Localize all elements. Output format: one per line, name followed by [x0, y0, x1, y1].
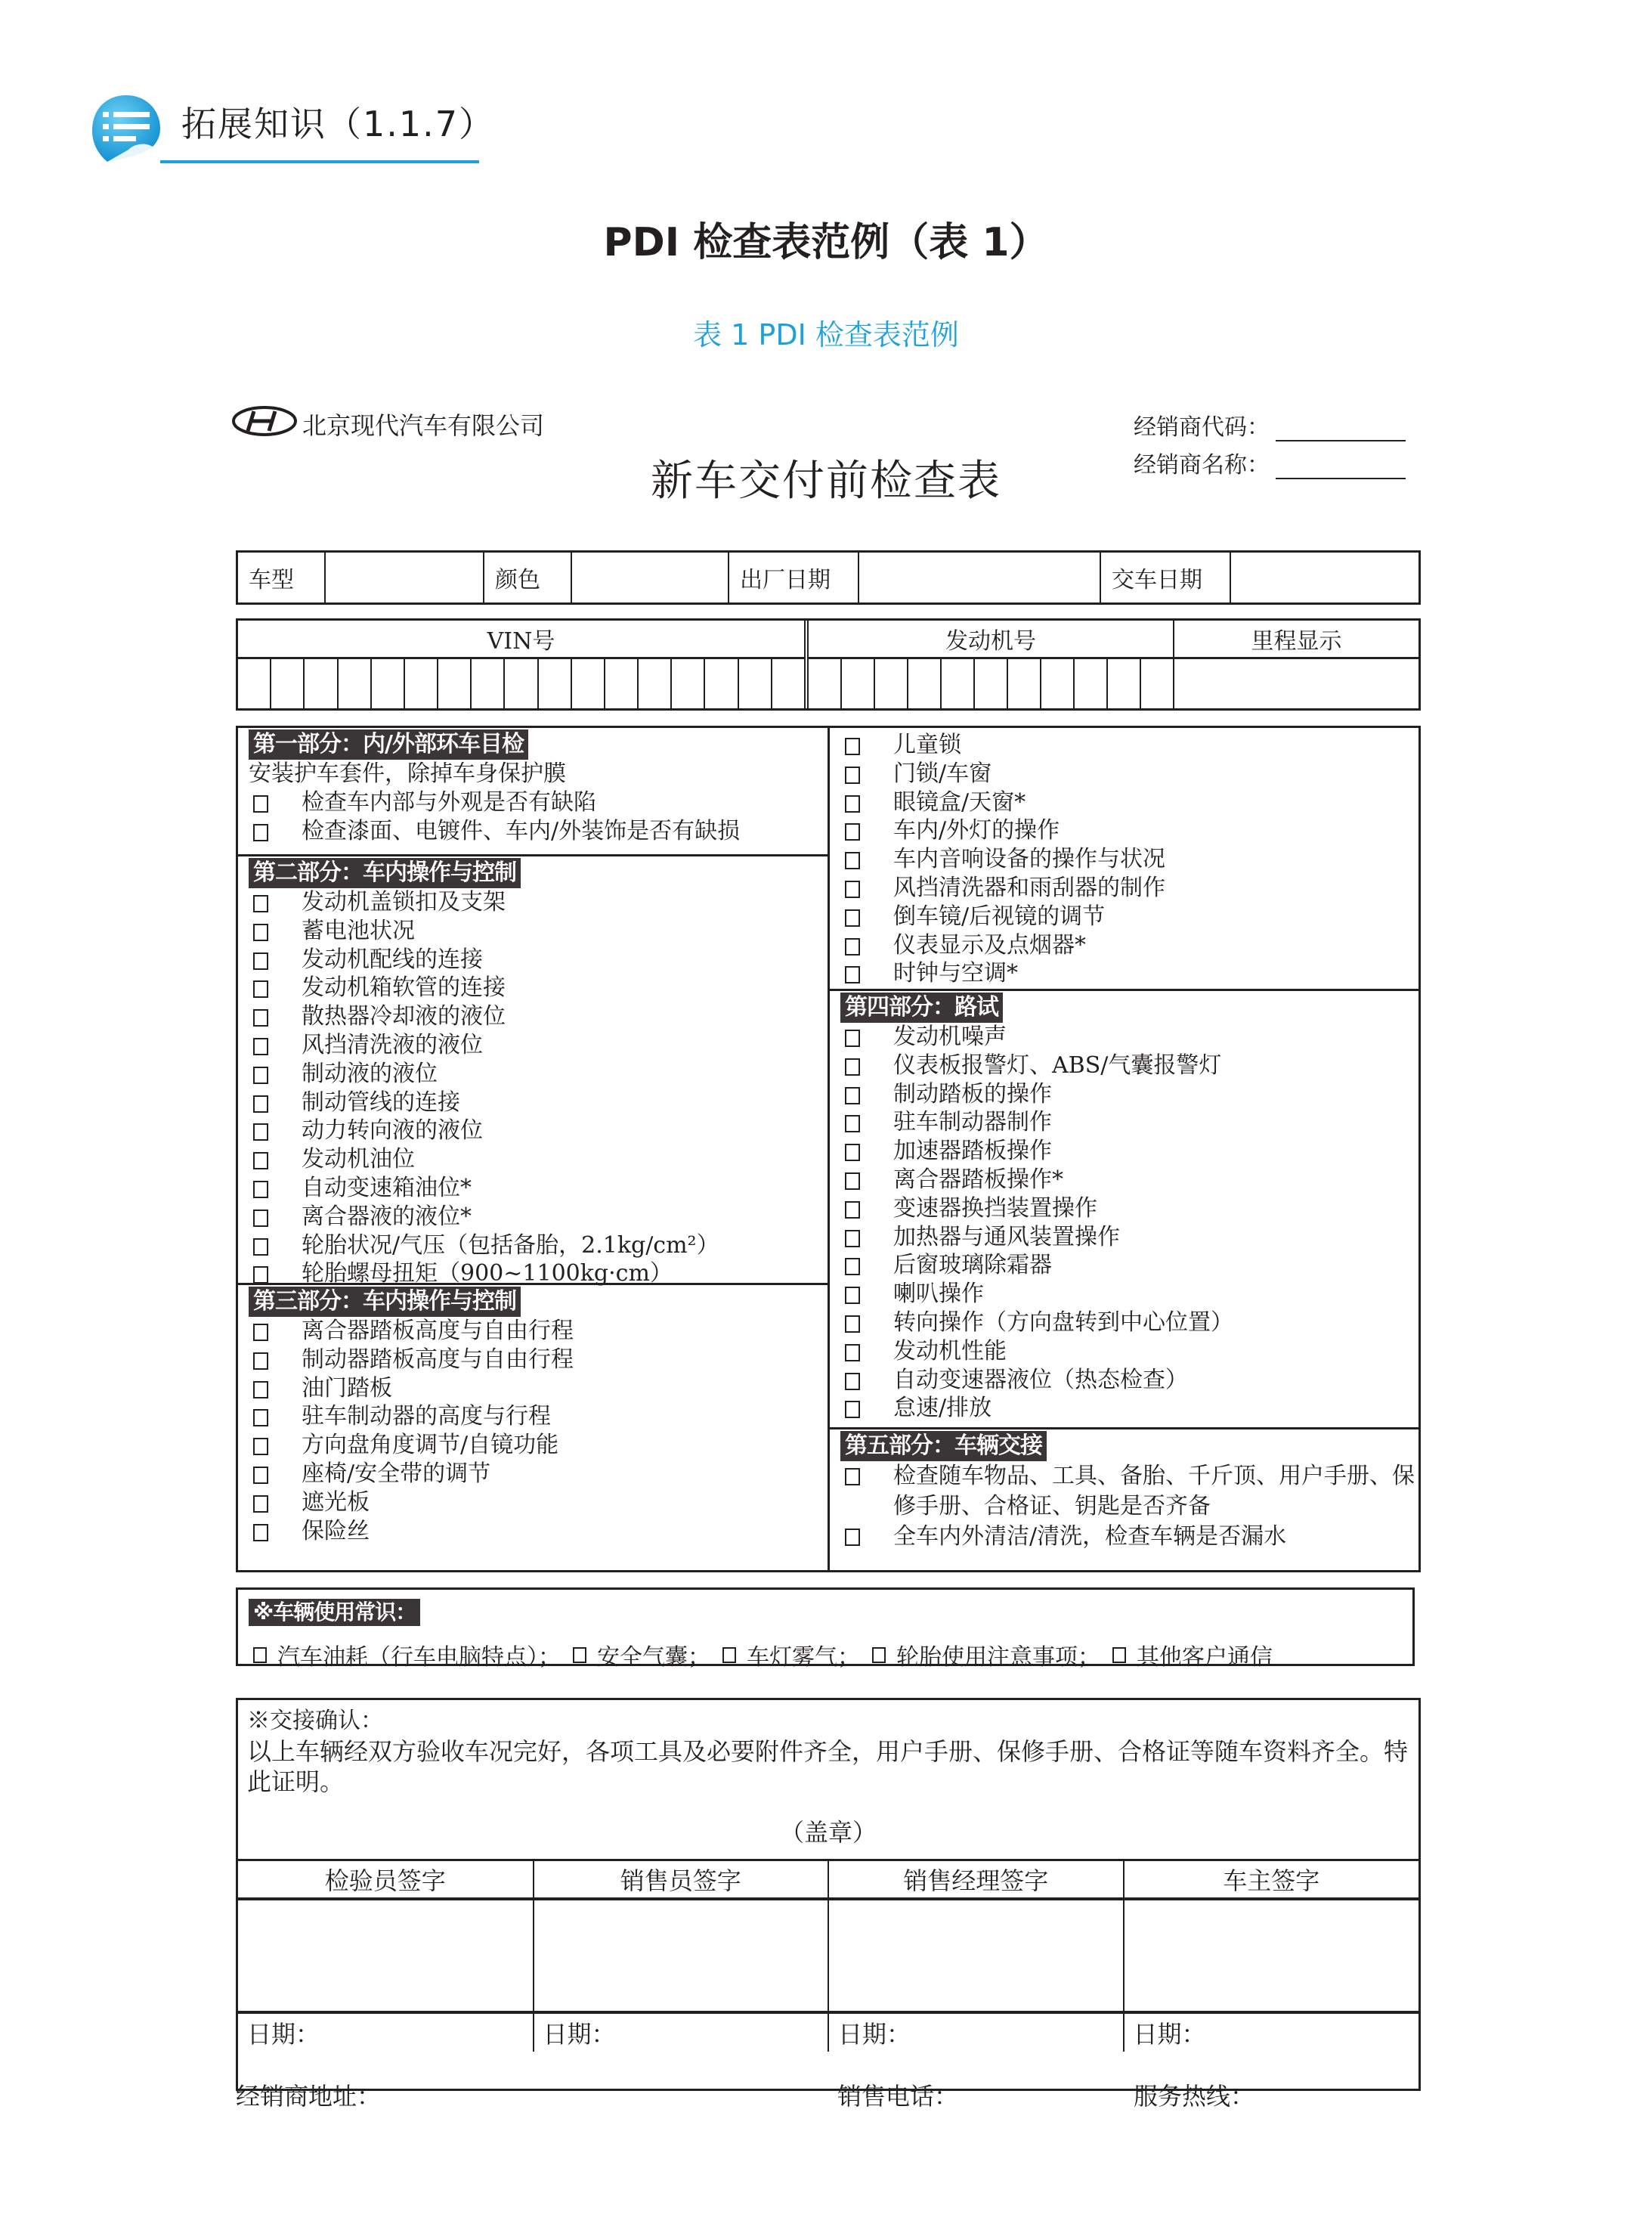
checkbox[interactable]	[845, 1258, 860, 1275]
checklist-item-label: 检查随车物品、工具、备胎、千斤顶、用户手册、保修手册、合格证、钥匙是否齐备	[893, 1461, 1418, 1522]
checklist-item: 轮胎状况/气压（包括备胎，2.1kg/cm²）	[249, 1231, 828, 1260]
checkbox[interactable]	[253, 1467, 268, 1484]
checkbox[interactable]	[845, 1230, 860, 1247]
checklist-item: 检查漆面、电镀件、车内/外装饰是否有缺损	[249, 817, 828, 846]
mileage-input[interactable]	[1174, 659, 1418, 708]
checkbox[interactable]	[253, 1495, 268, 1513]
checklist-item: 发动机噪声	[840, 1023, 1418, 1052]
checklist-item: 驻车制动器的高度与行程	[249, 1402, 828, 1431]
checklist-item-label: 喇叭操作	[893, 1280, 984, 1309]
checklist-item: 检查车内部与外观是否有缺陷	[249, 788, 828, 817]
checklist-item-label: 制动管线的连接	[302, 1089, 460, 1117]
checklist-item-label: 后窗玻璃除霜器	[893, 1251, 1052, 1280]
color-input[interactable]	[571, 552, 729, 604]
signature-date[interactable]: 日期：	[534, 2012, 829, 2052]
checkbox[interactable]	[253, 1009, 268, 1027]
checkbox[interactable]	[845, 881, 860, 898]
checklist-item-label: 座椅/安全带的调节	[302, 1460, 490, 1488]
vin-digit-cell[interactable]	[672, 659, 705, 708]
checklist-item-label: 全车内外清洁/清洗，检查车辆是否漏水	[893, 1522, 1286, 1552]
checkbox[interactable]	[1112, 1647, 1126, 1663]
item-list: 离合器踏板高度与自由行程制动器踏板高度与自由行程油门踏板驻车制动器的高度与行程方…	[249, 1317, 828, 1545]
checklist-item: 倒车镜/后视镜的调节	[840, 903, 1418, 931]
checkbox[interactable]	[845, 1172, 860, 1190]
vin-digit-cell[interactable]	[271, 659, 305, 708]
brand-name: 北京现代汽车有限公司	[302, 407, 544, 441]
vin-label: VIN号	[238, 621, 804, 659]
checklist-item-label: 眼镜盒/天窗*	[893, 788, 1026, 817]
checklist-item-label: 发动机油位	[302, 1145, 415, 1174]
signature-table: 检验员签字 销售员签字 销售经理签字 车主签字 日期： 日期： 日期： 日期：	[238, 1859, 1418, 2052]
engine-digit-cell[interactable]	[1108, 659, 1141, 708]
checklist-item-label: 驻车制动器的高度与行程	[302, 1402, 551, 1431]
model-input[interactable]	[325, 552, 484, 604]
engine-digit-cell[interactable]	[975, 659, 1008, 708]
checkbox[interactable]	[253, 1647, 267, 1663]
checklist-item-label: 仪表板报警灯、ABS/气囊报警灯	[893, 1052, 1221, 1080]
usage-tips-heading: ※车辆使用常识：	[249, 1599, 420, 1626]
item-list: 检查车内部与外观是否有缺陷检查漆面、电镀件、车内/外装饰是否有缺损	[249, 788, 828, 846]
hyundai-logo-icon	[231, 405, 302, 443]
checklist-item: 风挡清洗液的液位	[249, 1031, 828, 1060]
checklist-item: 全车内外清洁/清洗，检查车辆是否漏水	[840, 1522, 1418, 1552]
vin-digit-cell[interactable]	[339, 659, 372, 708]
checklist-item: 发动机盖锁扣及支架	[249, 888, 828, 917]
checklist-item: 儿童锁	[840, 731, 1418, 760]
checkbox[interactable]	[845, 738, 860, 755]
section-heading: 第三部分：车内操作与控制	[249, 1287, 521, 1317]
checkbox[interactable]	[253, 895, 268, 912]
table-caption: 表 1 PDI 检查表范例	[0, 311, 1652, 353]
checklist-item-label: 风挡清洗器和雨刮器的制作	[893, 874, 1165, 903]
vin-digit-cell[interactable]	[505, 659, 538, 708]
usage-tip-label: 安全气囊；	[597, 1638, 710, 1671]
checklist-item: 加速器踏板操作	[840, 1137, 1418, 1166]
checkbox[interactable]	[253, 1266, 268, 1284]
checkbox[interactable]	[845, 1529, 860, 1546]
checklist-item-label: 怠速/排放	[893, 1394, 992, 1423]
checklist-item-label: 保险丝	[302, 1517, 370, 1546]
section-part1: 第一部分：内/外部环车目检 安装护车套件，除掉车身保护膜 检查车内部与外观是否有…	[238, 728, 828, 854]
checklist-item-label: 方向盘角度调节/自镜功能	[302, 1431, 558, 1460]
checkbox[interactable]	[253, 1095, 268, 1113]
vin-digit-cell[interactable]	[605, 659, 639, 708]
checklist-item-label: 动力转向液的液位	[302, 1117, 483, 1145]
confirmation-label: ※交接确认：	[247, 1706, 1418, 1736]
checklist-item-label: 散热器冷却液的液位	[302, 1002, 506, 1031]
checklist-item-label: 蓄电池状况	[302, 917, 415, 946]
signature-date[interactable]: 日期：	[1124, 2012, 1419, 2052]
vin-column: VIN号	[238, 621, 809, 708]
checkbox[interactable]	[845, 938, 860, 956]
checklist-item: 驻车制动器制作	[840, 1108, 1418, 1137]
checkbox[interactable]	[253, 1438, 268, 1455]
checklist-item: 制动液的液位	[249, 1060, 828, 1089]
checkbox[interactable]	[253, 1324, 268, 1341]
section-part3: 第三部分：车内操作与控制 离合器踏板高度与自由行程制动器踏板高度与自由行程油门踏…	[238, 1283, 828, 1545]
section-heading: 第四部分：路试	[840, 993, 1003, 1023]
engine-digit-cell[interactable]	[875, 659, 908, 708]
delivery-date-label: 交车日期	[1100, 552, 1230, 604]
checklist-item-label: 自动变速箱油位*	[302, 1174, 472, 1203]
usage-tip-option: 轮胎使用注意事项；	[868, 1638, 1100, 1671]
checkbox[interactable]	[253, 1123, 268, 1141]
checklist-item: 制动管线的连接	[249, 1089, 828, 1117]
vin-digit-cell[interactable]	[739, 659, 772, 708]
vin-digit-cell[interactable]	[372, 659, 405, 708]
checklist-item: 后窗玻璃除霜器	[840, 1251, 1418, 1280]
usage-tip-option: 其他客户通信	[1108, 1638, 1273, 1671]
checklist-item-label: 门锁/车窗	[893, 760, 992, 788]
usage-tips-box: ※车辆使用常识： 汽车油耗（行车电脑特点）；安全气囊；车灯雾气；轮胎使用注意事项…	[236, 1587, 1415, 1666]
checkbox[interactable]	[573, 1647, 586, 1663]
engine-digit-cell[interactable]	[1075, 659, 1108, 708]
checklist-item: 门锁/车窗	[840, 760, 1418, 788]
usage-tips-options: 汽车油耗（行车电脑特点）；安全气囊；车灯雾气；轮胎使用注意事项；其他客户通信	[249, 1638, 1412, 1671]
checklist-item: 离合器踏板高度与自由行程	[249, 1317, 828, 1346]
checklist-item: 时钟与空调*	[840, 959, 1418, 988]
checklist-item-label: 制动踏板的操作	[893, 1080, 1052, 1109]
sales-manager-signature-field[interactable]	[828, 1899, 1124, 2012]
checklist-item-label: 车内音响设备的操作与状况	[893, 845, 1165, 874]
brand: 北京现代汽车有限公司	[231, 405, 544, 443]
checklist-item-label: 儿童锁	[893, 731, 961, 760]
confirmation-text: ※交接确认： 以上车辆经双方验收车况完好，各项工具及必要附件齐全，用户手册、保修…	[238, 1700, 1418, 1859]
checkbox[interactable]	[253, 1524, 268, 1541]
checkbox[interactable]	[253, 1181, 268, 1198]
checklist-item: 怠速/排放	[840, 1394, 1418, 1423]
checklist-item: 散热器冷却液的液位	[249, 1002, 828, 1031]
checklist-item: 座椅/安全带的调节	[249, 1460, 828, 1488]
checklist-item-label: 车内/外灯的操作	[893, 816, 1060, 845]
checklist-item-label: 发动机性能	[893, 1337, 1007, 1366]
page-title: PDI 检查表范例（表 1）	[0, 210, 1652, 267]
section-part5: 第五部分：车辆交接 检查随车物品、工具、备胎、千斤顶、用户手册、保修手册、合格证…	[830, 1427, 1418, 1552]
checkbox[interactable]	[253, 952, 268, 970]
checkbox[interactable]	[845, 966, 860, 983]
checklist-item: 制动踏板的操作	[840, 1080, 1418, 1109]
section-part4: 第四部分：路试 发动机噪声仪表板报警灯、ABS/气囊报警灯制动踏板的操作驻车制动…	[830, 989, 1418, 1427]
checklist-item: 仪表板报警灯、ABS/气囊报警灯	[840, 1052, 1418, 1080]
dealer-code-field[interactable]: 经销商代码：	[1134, 408, 1406, 441]
vin-digit-cell[interactable]	[639, 659, 672, 708]
checklist-item-label: 离合器液的液位*	[302, 1203, 472, 1231]
checklist-item: 方向盘角度调节/自镜功能	[249, 1431, 828, 1460]
owner-signature-field[interactable]	[1124, 1899, 1419, 2012]
checklist-item-label: 离合器踏板高度与自由行程	[302, 1317, 574, 1346]
stamp-placeholder: （盖章）	[238, 1814, 1418, 1848]
checklist-item-label: 轮胎状况/气压（包括备胎，2.1kg/cm²）	[302, 1231, 719, 1260]
delivery-date-input[interactable]	[1230, 552, 1420, 604]
checklist-item: 车内音响设备的操作与状况	[840, 845, 1418, 874]
checkbox[interactable]	[253, 924, 268, 941]
checkbox[interactable]	[845, 767, 860, 784]
checklist-item-label: 自动变速器液位（热态检查）	[893, 1366, 1188, 1395]
checklist-item: 发动机配线的连接	[249, 946, 828, 974]
checklist-item: 加热器与通风装置操作	[840, 1223, 1418, 1252]
usage-tip-option: 车灯雾气；	[718, 1638, 860, 1671]
checklist-item-label: 变速器换挡装置操作	[893, 1194, 1097, 1223]
vin-digit-cell[interactable]	[705, 659, 738, 708]
checklist-item: 离合器踏板操作*	[840, 1166, 1418, 1194]
vin-digit-cell[interactable]	[572, 659, 605, 708]
checkbox[interactable]	[845, 852, 860, 869]
vehicle-info-table: 车型 颜色 出厂日期 交车日期	[236, 550, 1421, 605]
checklist-item: 发动机油位	[249, 1145, 828, 1174]
dealer-code-label: 经销商代码：	[1134, 408, 1270, 441]
vin-digit-cell[interactable]	[305, 659, 338, 708]
checklist-item-label: 检查车内部与外观是否有缺陷	[302, 788, 596, 817]
usage-tip-label: 车灯雾气；	[747, 1638, 860, 1671]
section-part2: 第二部分：车内操作与控制 发动机盖锁扣及支架蓄电池状况发动机配线的连接发动机箱软…	[238, 854, 828, 1283]
vin-digit-cell[interactable]	[238, 659, 271, 708]
item-list: 发动机盖锁扣及支架蓄电池状况发动机配线的连接发动机箱软管的连接散热器冷却液的液位…	[249, 888, 828, 1288]
usage-tip-label: 其他客户通信	[1137, 1638, 1273, 1671]
checklist-item: 动力转向液的液位	[249, 1117, 828, 1145]
checklist-item: 眼镜盒/天窗*	[840, 788, 1418, 817]
checklist-item: 仪表显示及点烟器*	[840, 931, 1418, 960]
section-heading: 第一部分：内/外部环车目检	[249, 729, 528, 760]
checklist-item-label: 倒车镜/后视镜的调节	[893, 903, 1105, 931]
vin-digit-cell[interactable]	[405, 659, 438, 708]
engine-digit-cell[interactable]	[908, 659, 942, 708]
signature-date[interactable]: 日期：	[238, 2012, 534, 2052]
sales-phone-label: 销售电话：	[837, 2077, 958, 2112]
checkbox[interactable]	[845, 1344, 860, 1361]
usage-tip-label: 汽车油耗（行车电脑特点）；	[277, 1638, 561, 1671]
checkbox[interactable]	[872, 1647, 886, 1663]
vin-digit-cell[interactable]	[772, 659, 804, 708]
color-label: 颜色	[484, 552, 571, 604]
checkbox[interactable]	[253, 1409, 268, 1426]
vin-digit-cell[interactable]	[438, 659, 472, 708]
checklist-item: 蓄电池状况	[249, 917, 828, 946]
engine-column: 发动机号	[809, 621, 1174, 708]
dealer-code-blank[interactable]	[1276, 417, 1406, 441]
engine-digit-cell[interactable]	[942, 659, 975, 708]
checklist-item: 发动机性能	[840, 1337, 1418, 1366]
section-heading: 第二部分：车内操作与控制	[249, 858, 521, 888]
checkbox[interactable]	[253, 1038, 268, 1055]
checklist-item: 自动变速箱油位*	[249, 1174, 828, 1203]
checklist-item-label: 离合器踏板操作*	[893, 1166, 1063, 1194]
checklist-item: 遮光板	[249, 1488, 828, 1517]
checklist-item: 变速器换挡装置操作	[840, 1194, 1418, 1223]
checkbox[interactable]	[845, 1287, 860, 1304]
checkbox[interactable]	[253, 1238, 268, 1256]
vin-digit-cell[interactable]	[472, 659, 505, 708]
engine-digit-cell[interactable]	[1041, 659, 1075, 708]
checklist-item: 保险丝	[249, 1517, 828, 1546]
part1-intro: 安装护车套件，除掉车身保护膜	[249, 760, 828, 788]
item-list: 检查随车物品、工具、备胎、千斤顶、用户手册、保修手册、合格证、钥匙是否齐备全车内…	[840, 1461, 1418, 1552]
checkbox[interactable]	[845, 1401, 860, 1418]
factory-date-label: 出厂日期	[729, 552, 858, 604]
checklist-item-label: 发动机盖锁扣及支架	[302, 888, 506, 917]
checklist-left-column: 第一部分：内/外部环车目检 安装护车套件，除掉车身保护膜 检查车内部与外观是否有…	[238, 728, 830, 1570]
checklist-item-label: 驻车制动器制作	[893, 1108, 1052, 1137]
signature-header: 检验员签字	[238, 1860, 534, 1900]
signature-header: 销售员签字	[534, 1860, 829, 1900]
engine-number-cells	[809, 659, 1173, 708]
item-list: 发动机噪声仪表板报警灯、ABS/气囊报警灯制动踏板的操作驻车制动器制作加速器踏板…	[840, 1023, 1418, 1423]
mileage-label: 里程显示	[1174, 621, 1418, 659]
salesperson-signature-field[interactable]	[534, 1899, 829, 2012]
checkbox[interactable]	[845, 1087, 860, 1104]
confirmation-body: 以上车辆经双方验收车况完好，各项工具及必要附件齐全，用户手册、保修手册、合格证等…	[247, 1736, 1418, 1797]
checkbox[interactable]	[253, 980, 268, 998]
checkbox[interactable]	[253, 1210, 268, 1227]
section-part3-continued: 儿童锁门锁/车窗眼镜盒/天窗*车内/外灯的操作车内音响设备的操作与状况风挡清洗器…	[830, 728, 1418, 989]
checkbox[interactable]	[253, 824, 268, 841]
service-hotline-label: 服务热线：	[1134, 2077, 1254, 2112]
checklist-item: 转向操作（方向盘转到中心位置）	[840, 1309, 1418, 1337]
checkbox[interactable]	[253, 1067, 268, 1084]
checklist-right-column: 儿童锁门锁/车窗眼镜盒/天窗*车内/外灯的操作车内音响设备的操作与状况风挡清洗器…	[830, 728, 1418, 1570]
checklist-item-label: 发动机噪声	[893, 1023, 1007, 1052]
checkbox[interactable]	[253, 1381, 268, 1398]
checkbox[interactable]	[845, 1115, 860, 1132]
dealer-address-label: 经销商地址：	[236, 2077, 381, 2112]
id-number-block: VIN号 发动机号 里程显示	[236, 618, 1421, 711]
checklist-item-label: 检查漆面、电镀件、车内/外装饰是否有缺损	[302, 817, 740, 846]
engine-digit-cell[interactable]	[1008, 659, 1041, 708]
checklist-item-label: 油门踏板	[302, 1374, 392, 1403]
checklist-item-label: 时钟与空调*	[893, 959, 1018, 988]
header-underline	[160, 160, 479, 163]
model-label: 车型	[237, 552, 326, 604]
section-header-title: 拓展知识（1.1.7）	[181, 97, 495, 147]
factory-date-input[interactable]	[858, 552, 1100, 604]
dealer-name-blank[interactable]	[1276, 455, 1406, 479]
vin-digit-cell[interactable]	[539, 659, 572, 708]
dealer-name-label: 经销商名称：	[1134, 446, 1270, 479]
checklist-item: 制动器踏板高度与自由行程	[249, 1346, 828, 1374]
checkbox[interactable]	[253, 1352, 268, 1370]
checklist-item-label: 制动器踏板高度与自由行程	[302, 1346, 574, 1374]
checklist-item: 车内/外灯的操作	[840, 816, 1418, 845]
list-sticker-icon	[85, 89, 168, 165]
checklist-item-label: 制动液的液位	[302, 1060, 438, 1089]
engine-digit-cell[interactable]	[842, 659, 875, 708]
mileage-column: 里程显示	[1174, 621, 1418, 708]
item-list: 儿童锁门锁/车窗眼镜盒/天窗*车内/外灯的操作车内音响设备的操作与状况风挡清洗器…	[840, 731, 1418, 988]
checklist-item: 风挡清洗器和雨刮器的制作	[840, 874, 1418, 903]
checklist-item: 发动机箱软管的连接	[249, 974, 828, 1002]
checkbox[interactable]	[845, 1144, 860, 1161]
usage-tip-label: 轮胎使用注意事项；	[896, 1638, 1100, 1671]
vin-cells	[238, 659, 804, 708]
checklist-item-label: 转向操作（方向盘转到中心位置）	[893, 1309, 1233, 1337]
checklist-item: 检查随车物品、工具、备胎、千斤顶、用户手册、保修手册、合格证、钥匙是否齐备	[840, 1461, 1418, 1522]
checklist-item-label: 加热器与通风装置操作	[893, 1223, 1120, 1252]
checkbox[interactable]	[253, 795, 268, 813]
checklist-item-label: 风挡清洗液的液位	[302, 1031, 483, 1060]
checklist-item: 油门踏板	[249, 1374, 828, 1403]
checkbox[interactable]	[845, 1058, 860, 1076]
checkbox[interactable]	[722, 1647, 736, 1663]
section-heading: 第五部分：车辆交接	[840, 1431, 1047, 1461]
handover-confirmation: ※交接确认： 以上车辆经双方验收车况完好，各项工具及必要附件齐全，用户手册、保修…	[236, 1698, 1421, 2091]
checkbox[interactable]	[845, 795, 860, 813]
checklist-item: 离合器液的液位*	[249, 1203, 828, 1231]
signature-header: 销售经理签字	[828, 1860, 1124, 1900]
checkbox[interactable]	[845, 823, 860, 841]
checklist-item: 自动变速器液位（热态检查）	[840, 1366, 1418, 1395]
usage-tip-option: 安全气囊；	[568, 1638, 710, 1671]
checkbox[interactable]	[845, 909, 860, 927]
signature-header: 车主签字	[1124, 1860, 1419, 1900]
checkbox[interactable]	[845, 1201, 860, 1219]
engine-digit-cell[interactable]	[1141, 659, 1173, 708]
inspector-signature-field[interactable]	[238, 1899, 534, 2012]
checkbox[interactable]	[845, 1373, 860, 1390]
dealer-name-field[interactable]: 经销商名称：	[1134, 446, 1406, 479]
checklist-item-label: 仪表显示及点烟器*	[893, 931, 1086, 960]
checkbox[interactable]	[253, 1152, 268, 1169]
checklist-item-label: 加速器踏板操作	[893, 1137, 1052, 1166]
checklist-item-label: 遮光板	[302, 1488, 370, 1517]
checklist-item: 喇叭操作	[840, 1280, 1418, 1309]
checklist: 第一部分：内/外部环车目检 安装护车套件，除掉车身保护膜 检查车内部与外观是否有…	[236, 726, 1421, 1572]
usage-tip-option: 汽车油耗（行车电脑特点）；	[249, 1638, 561, 1671]
checkbox[interactable]	[845, 1315, 860, 1333]
checklist-item-label: 发动机配线的连接	[302, 946, 483, 974]
checkbox[interactable]	[845, 1030, 860, 1047]
checklist-item-label: 发动机箱软管的连接	[302, 974, 506, 1002]
signature-date[interactable]: 日期：	[828, 2012, 1124, 2052]
checkbox[interactable]	[845, 1468, 860, 1485]
engine-digit-cell[interactable]	[809, 659, 842, 708]
engine-number-label: 发动机号	[809, 621, 1173, 659]
